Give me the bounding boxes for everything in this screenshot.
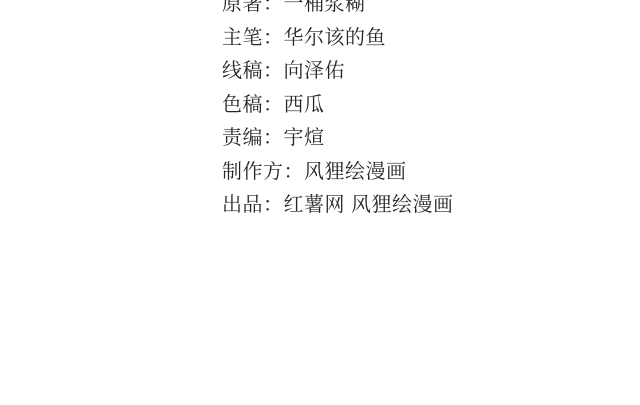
credit-name: 红薯网 风狸绘漫画 <box>284 194 454 216</box>
credit-name: 一桶浆糊 <box>284 0 366 15</box>
credits-page: 原著：一桶浆糊 主笔：华尔该的鱼 线稿：向泽佑 色稿：西瓜 责编：宇煊 制作方：… <box>0 0 640 405</box>
credit-name: 向泽佑 <box>284 60 346 82</box>
credits-block: 原著：一桶浆糊 主笔：华尔该的鱼 线稿：向泽佑 色稿：西瓜 责编：宇煊 制作方：… <box>222 0 454 223</box>
credit-role: 色稿： <box>222 94 284 116</box>
credit-line-original-author: 原著：一桶浆糊 <box>222 0 454 22</box>
credit-line-coloring: 色稿：西瓜 <box>222 89 454 123</box>
credit-role: 出品： <box>222 194 284 216</box>
credit-name: 西瓜 <box>284 94 325 116</box>
credit-role: 责编： <box>222 127 284 149</box>
credit-role: 线稿： <box>222 60 284 82</box>
credit-role: 主笔： <box>222 27 284 49</box>
credit-line-line-art: 线稿：向泽佑 <box>222 55 454 89</box>
credit-name: 华尔该的鱼 <box>284 27 387 49</box>
credit-line-lead-artist: 主笔：华尔该的鱼 <box>222 22 454 56</box>
credit-line-production: 制作方：风狸绘漫画 <box>222 156 454 190</box>
credit-name: 风狸绘漫画 <box>304 161 407 183</box>
credit-role: 制作方： <box>222 161 304 183</box>
credit-name: 宇煊 <box>284 127 325 149</box>
credit-role: 原著： <box>222 0 284 15</box>
credit-line-editor: 责编：宇煊 <box>222 122 454 156</box>
credit-line-publisher: 出品：红薯网 风狸绘漫画 <box>222 189 454 223</box>
